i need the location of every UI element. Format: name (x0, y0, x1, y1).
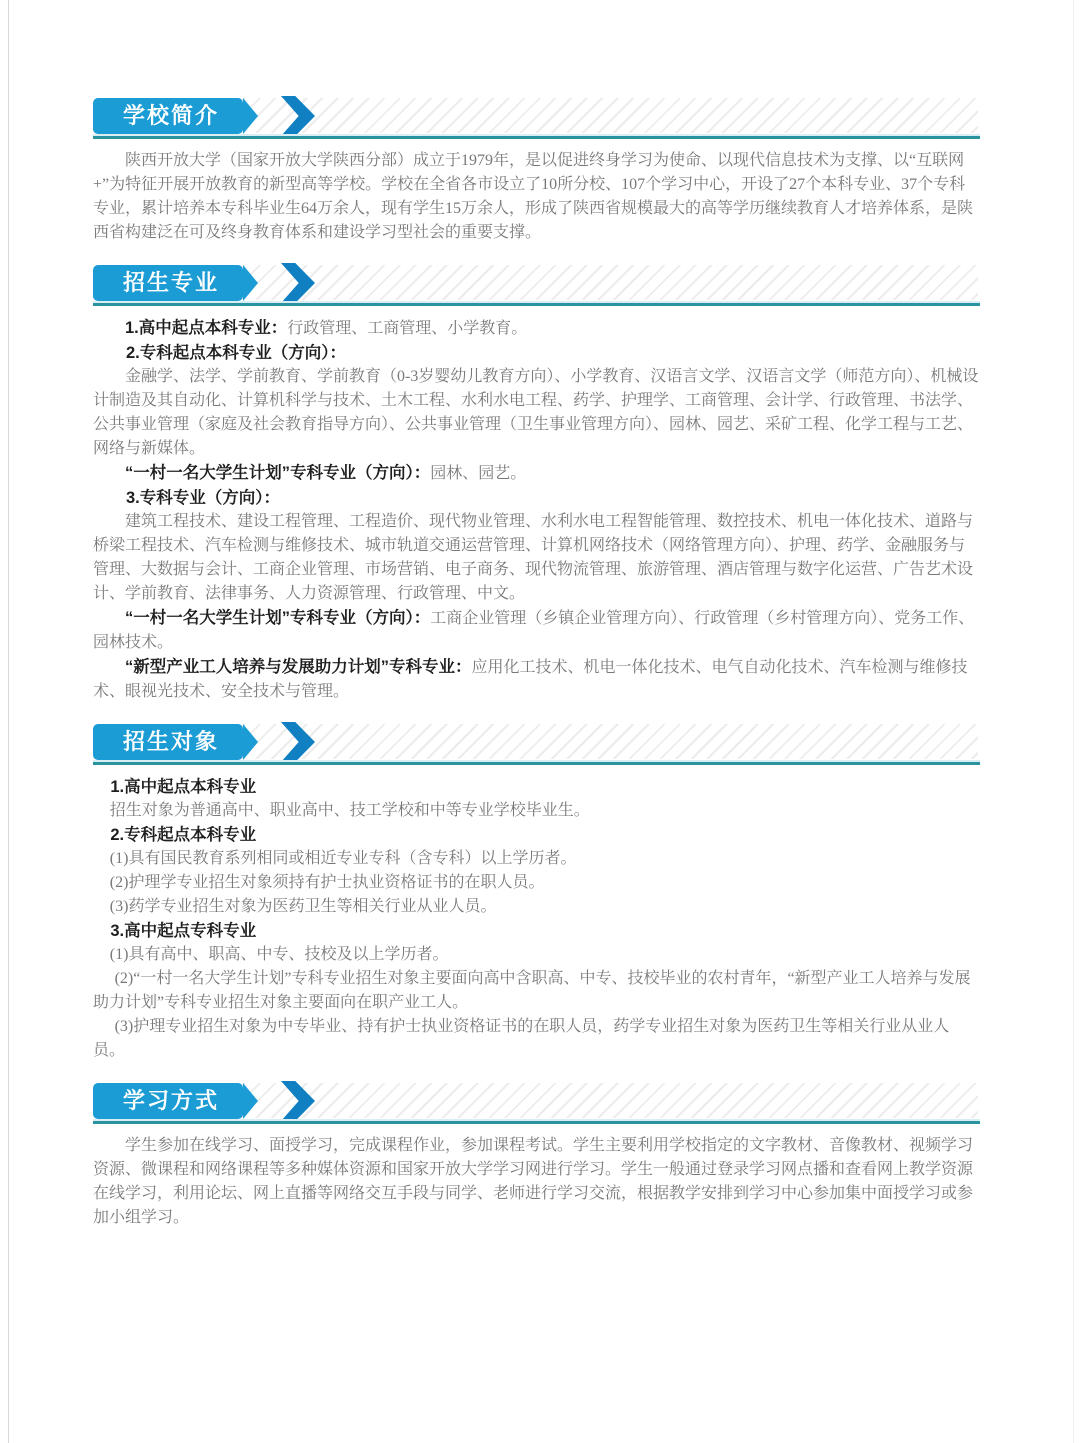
section-title: 学校简介 (123, 103, 219, 128)
section-header: 招生对象 (93, 724, 980, 765)
targets-rule-1: (1)具有国民教育系列相同或相近专业专科（含专科）以上学历者。 (93, 847, 980, 871)
section-banner: 招生对象 (93, 724, 243, 760)
targets-college-rule-2: (2)“一村一名大学生计划”专科专业招生对象主要面向高中含职高、中专、技校毕业的… (93, 967, 980, 1015)
majors-village-plan-college: “一村一名大学生计划”专科专业（方向）：工商企业管理（乡镇企业管理方向）、行政管… (93, 606, 980, 655)
section-banner: 招生专业 (93, 265, 243, 301)
targets-rule-3: (3)药学专业招生对象为医药卫生等相关行业从业人员。 (93, 895, 980, 919)
majors-industry-worker-plan: “新型产业工人培养与发展助力计划”专科专业：应用化工技术、机电一体化技术、电气自… (93, 655, 980, 704)
targets-college-rule-3: (3)护理专业招生对象为中专毕业、持有护士执业资格证书的在职人员，药学专业招生对… (93, 1015, 980, 1063)
targets-rule-2: (2)护理学专业招生对象须持有护士执业资格证书的在职人员。 (93, 871, 980, 895)
section-header: 学习方式 (93, 1083, 980, 1124)
targets-college-to-bachelor-label: 2.专科起点本科专业 (93, 823, 980, 847)
teal-underline (93, 303, 980, 306)
section-learning: 学习方式 学生参加在线学习、面授学习，完成课程作业，参加课程考试。学生主要利用学… (93, 1083, 980, 1230)
section-title: 招生专业 (123, 270, 219, 295)
page-right-border (1073, 0, 1074, 1443)
section-body: 学生参加在线学习、面授学习，完成课程作业，参加课程考试。学生主要利用学校指定的文… (93, 1134, 980, 1230)
majors-village-plan-bachelor: “一村一名大学生计划”专科专业（方向）：园林、园艺。 (93, 461, 980, 486)
section-header: 招生专业 (93, 265, 980, 306)
school-intro-paragraph: 陕西开放大学（国家开放大学陕西分部）成立于1979年，是以促进终身学习为使命、以… (93, 149, 980, 245)
section-title: 学习方式 (123, 1088, 219, 1113)
majors-college-label: 3.专科专业（方向）： (93, 486, 980, 510)
majors-village-plan-bachelor-bold-lead: “一村一名大学生计划”专科专业（方向）： (125, 464, 430, 482)
section-body: 1.高中起点本科专业招生对象为普通高中、职业高中、技工学校和中等专业学校毕业生。… (93, 775, 980, 1063)
section-body: 陕西开放大学（国家开放大学陕西分部）成立于1979年，是以促进终身学习为使命、以… (93, 149, 980, 245)
teal-underline (93, 762, 980, 765)
page-content: 学校简介 陕西开放大学（国家开放大学陕西分部）成立于1979年，是以促进终身学习… (93, 98, 980, 1230)
section-banner: 学校简介 (93, 98, 243, 134)
section-body: 1.高中起点本科专业：行政管理、工商管理、小学教育。2.专科起点本科专业（方向）… (93, 316, 980, 704)
targets-college-rule-1: (1)具有高中、职高、中专、技校及以上学历者。 (93, 943, 980, 967)
section-banner: 学习方式 (93, 1083, 243, 1119)
majors-college-to-bachelor-list: 金融学、法学、学前教育、学前教育（0-3岁婴幼儿教育方向）、小学教育、汉语言文学… (93, 365, 980, 461)
section-targets: 招生对象 1.高中起点本科专业招生对象为普通高中、职业高中、技工学校和中等专业学… (93, 724, 980, 1063)
majors-industry-worker-plan-bold-lead: “新型产业工人培养与发展助力计划”专科专业： (125, 658, 472, 676)
majors-college-to-bachelor-label: 2.专科起点本科专业（方向）： (93, 341, 980, 365)
section-majors: 招生专业 1.高中起点本科专业：行政管理、工商管理、小学教育。2.专科起点本科专… (93, 265, 980, 704)
majors-hs-to-bachelor-bold-lead: 1.高中起点本科专业： (125, 319, 287, 337)
section-school-intro: 学校简介 陕西开放大学（国家开放大学陕西分部）成立于1979年，是以促进终身学习… (93, 98, 980, 245)
teal-underline (93, 136, 980, 139)
page-left-border (8, 0, 9, 1443)
teal-underline (93, 1121, 980, 1124)
targets-hs-to-bachelor-label: 1.高中起点本科专业 (93, 775, 980, 799)
majors-college-list: 建筑工程技术、建设工程管理、工程造价、现代物业管理、水利水电工程智能管理、数控技… (93, 510, 980, 606)
majors-village-plan-college-bold-lead: “一村一名大学生计划”专科专业（方向）： (125, 609, 430, 627)
section-header: 学校简介 (93, 98, 980, 139)
section-title: 招生对象 (123, 729, 219, 754)
learning-paragraph: 学生参加在线学习、面授学习，完成课程作业，参加课程考试。学生主要利用学校指定的文… (93, 1134, 980, 1230)
majors-hs-to-bachelor: 1.高中起点本科专业：行政管理、工商管理、小学教育。 (93, 316, 980, 341)
targets-hs-to-bachelor-text: 招生对象为普通高中、职业高中、技工学校和中等专业学校毕业生。 (93, 799, 980, 823)
targets-hs-to-college-label: 3.高中起点专科专业 (93, 919, 980, 943)
